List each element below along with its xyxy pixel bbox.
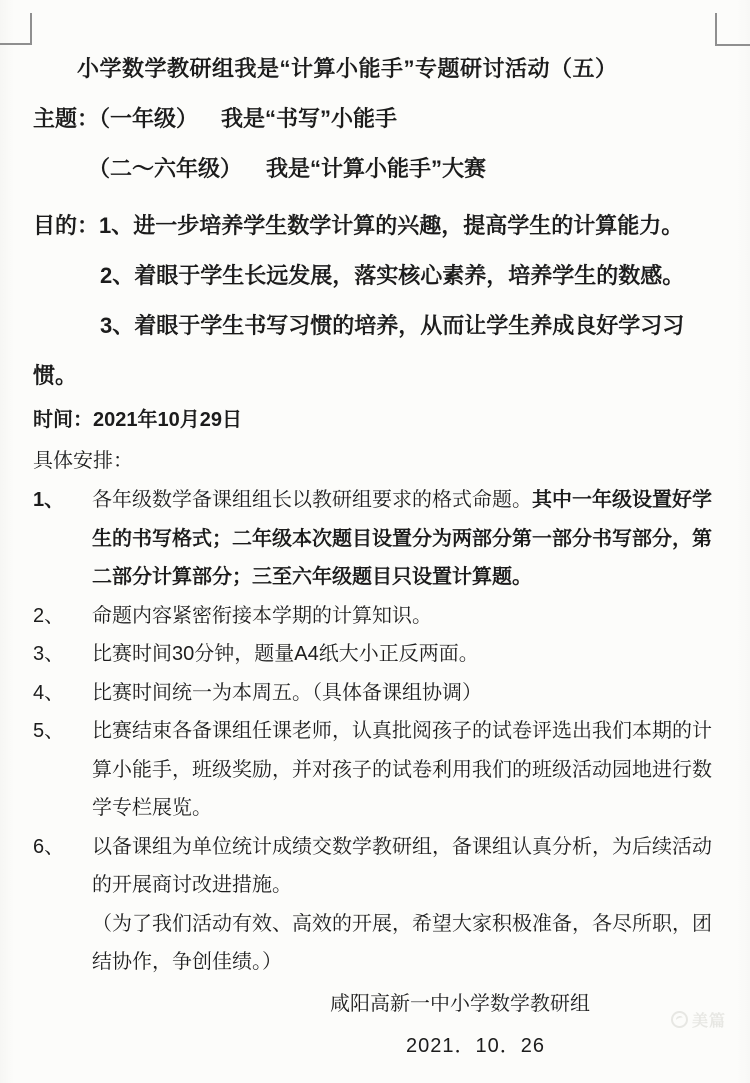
item-text: 算小能手，班级奖励，并对孩子的试卷利用我们的班级活动园地进行数 [92,759,712,781]
purpose-line-3: 3、着眼于学生书写习惯的培养，从而让学生养成良好学习习 [33,301,728,351]
schedule-heading: 具体安排： [33,447,133,475]
list-item-continuation: 生的书写格式；二年级本次题目设置分为两部分第一部分书写部分，第 [33,520,733,559]
theme-line-1: 主题：（一年级）我是“书写”小能手 [33,104,397,134]
purpose-line-2: 2、着眼于学生长远发展，落实核心素养，培养学生的数感。 [33,251,728,301]
item-text: 比赛时间30分钟，题量A4纸大小正反两面。 [92,643,479,665]
watermark: 美篇 [671,1008,726,1031]
note-text: （为了我们活动有效、高效的开展，希望大家积极准备，各尽所职，团 [92,913,712,935]
list-item-continuation: 算小能手，班级奖励，并对孩子的试卷利用我们的班级活动园地进行数 [33,751,733,790]
scanned-document-page: 小学数学教研组我是“计算小能手”专题研讨活动（五） 主题：（一年级）我是“书写”… [0,0,750,1083]
item-text-bold: 其中一年级设置好学 [532,489,712,511]
list-item: 5、比赛结束各备课组任课老师，认真批阅孩子的试卷评选出我们本期的计 [33,712,733,751]
document-date: 2021．10．26 [406,1033,545,1059]
item-text: 命题内容紧密衔接本学期的计算知识。 [92,605,432,627]
item-number: 6、 [33,828,64,867]
theme-text-2: 我是“计算小能手”大赛 [266,156,486,181]
item-text: 的开展商讨改进措施。 [92,874,292,896]
theme-grade-1: （一年级） [99,106,198,131]
meipian-logo-icon [671,1011,688,1028]
list-item: 1、各年级数学备课组组长以教研组要求的格式命题。其中一年级设置好学 [33,481,733,520]
note-text: 结协作，争创佳绩。） [92,951,282,973]
theme-label: 主题： [33,106,99,131]
purpose-section: 目的：1、进一步培养学生数学计算的兴趣，提高学生的计算能力。 2、着眼于学生长远… [33,201,728,401]
item-number: 5、 [33,712,64,751]
list-item-continuation: 的开展商讨改进措施。 [33,866,733,905]
closing-note-line-1: （为了我们活动有效、高效的开展，希望大家积极准备，各尽所职，团 [33,905,733,944]
item-text: 学专栏展览。 [92,797,212,819]
theme-text-1: 我是“书写”小能手 [221,106,397,131]
item-text: 以备课组为单位统计成绩交数学教研组，备课组认真分析，为后续活动 [92,836,712,858]
item-number: 4、 [33,674,64,713]
page-corner-mark-right [715,13,750,46]
closing-note-line-2: 结协作，争创佳绩。） [33,943,733,982]
list-item-continuation: 二部分计算部分；三至六年级题目只设置计算题。 [33,558,733,597]
purpose-line-4: 惯。 [33,351,728,401]
item-number: 1、 [33,481,64,520]
list-item: 3、比赛时间30分钟，题量A4纸大小正反两面。 [33,635,733,674]
item-text: 比赛时间统一为本周五。（具体备课组协调） [92,682,482,704]
theme-grade-2: （二～六年级） [88,156,242,181]
list-item: 4、比赛时间统一为本周五。（具体备课组协调） [33,674,733,713]
item-text: 各年级数学备课组组长以教研组要求的格式命题。 [92,489,532,511]
item-number: 2、 [33,597,64,636]
theme-line-2: （二～六年级）我是“计算小能手”大赛 [88,154,486,184]
page-corner-mark-left [0,13,32,45]
list-item: 6、以备课组为单位统计成绩交数学教研组，备课组认真分析，为后续活动 [33,828,733,867]
list-item-continuation: 学专栏展览。 [33,789,733,828]
purpose-line-1: 目的：1、进一步培养学生数学计算的兴趣，提高学生的计算能力。 [33,201,728,251]
list-item: 2、命题内容紧密衔接本学期的计算知识。 [33,597,733,636]
document-title: 小学数学教研组我是“计算小能手”专题研讨活动（五） [77,54,618,84]
item-text: 比赛结束各备课组任课老师，认真批阅孩子的试卷评选出我们本期的计 [92,720,712,742]
schedule-list: 1、各年级数学备课组组长以教研组要求的格式命题。其中一年级设置好学 生的书写格式… [33,481,733,982]
item-text-bold: 生的书写格式；二年级本次题目设置分为两部分第一部分书写部分，第 [92,528,712,550]
signature: 咸阳高新一中小学数学教研组 [330,991,590,1017]
time-line: 时间：2021年10月29日 [33,406,242,434]
item-number: 3、 [33,635,64,674]
watermark-text: 美篇 [692,1008,726,1031]
item-text-bold: 二部分计算部分；三至六年级题目只设置计算题。 [92,566,532,588]
